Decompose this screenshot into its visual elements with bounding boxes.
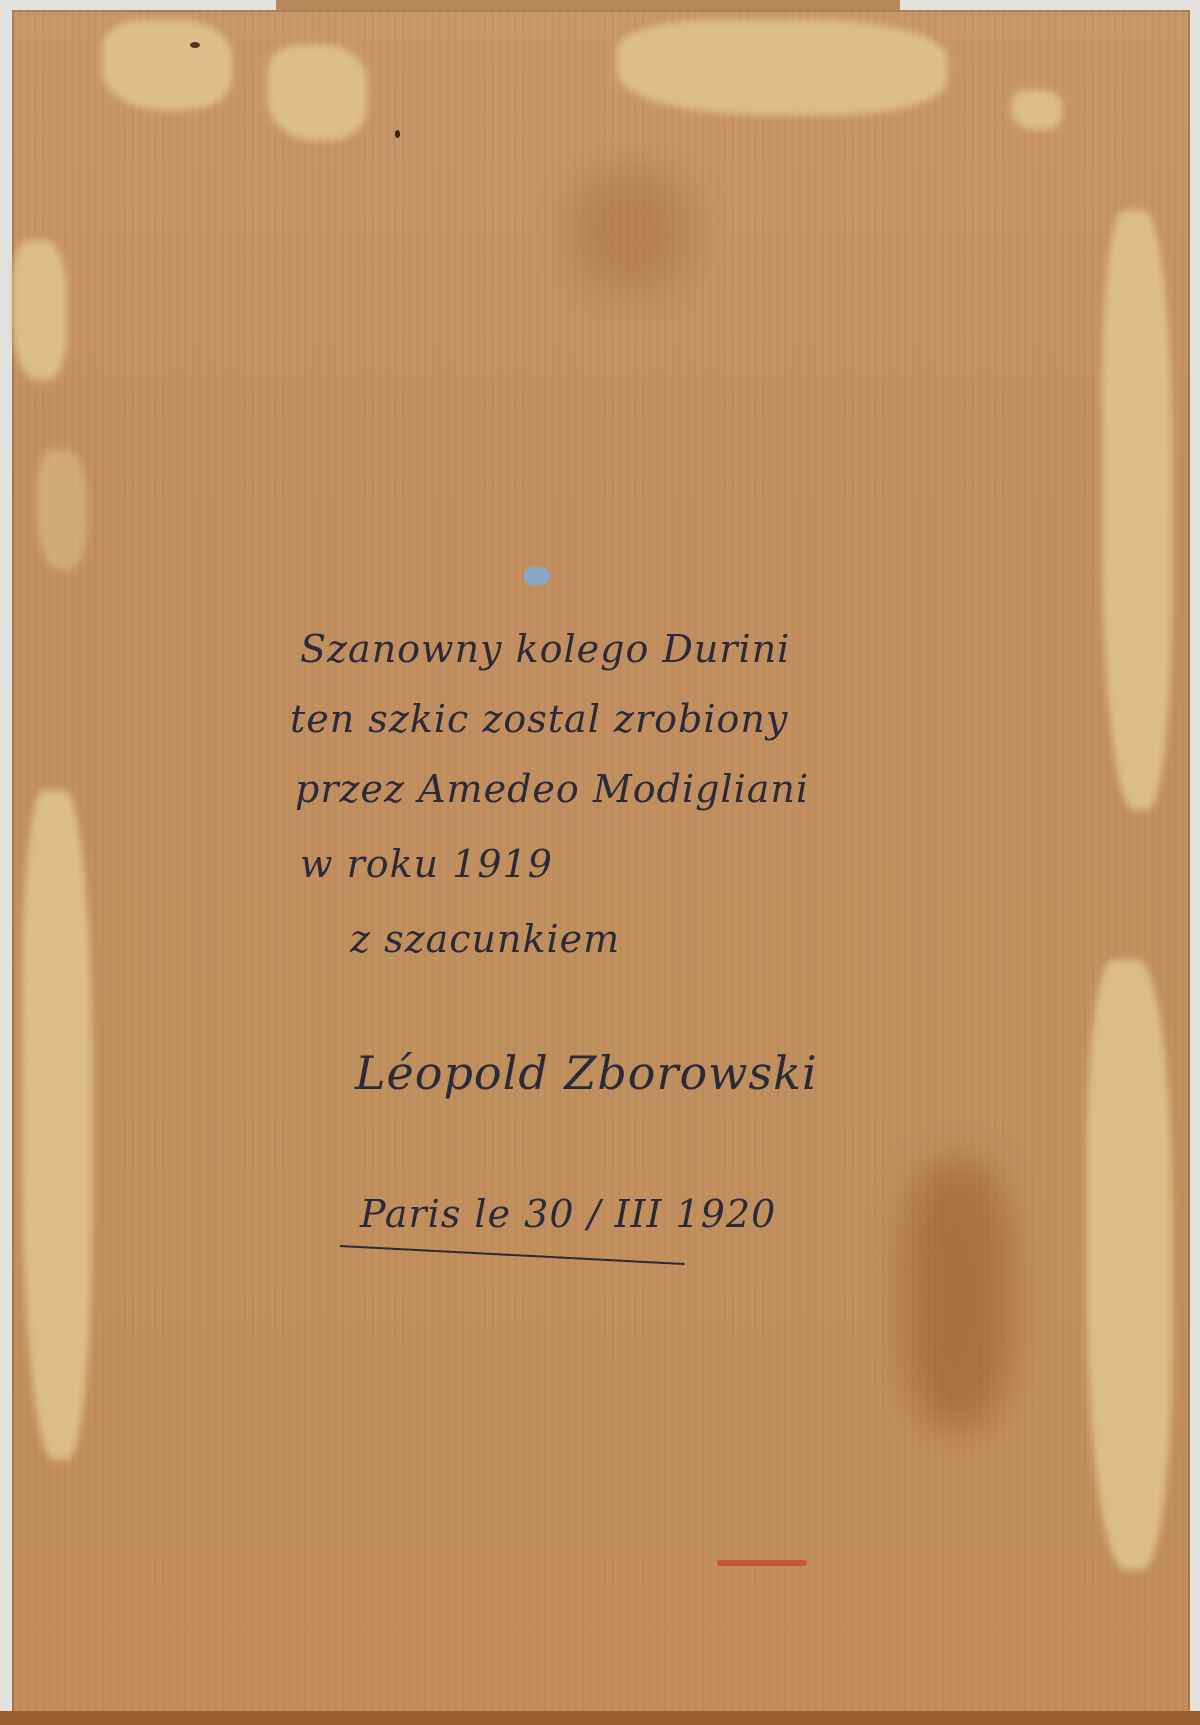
inscription-date: Paris le 30 / III 1920 [360, 1195, 776, 1233]
inscription-line: z szacunkiem [350, 920, 620, 958]
inscription-line: ten szkic zostal zrobiony [290, 700, 788, 738]
wooden-panel [12, 10, 1190, 1713]
pale-patch [37, 450, 87, 570]
pale-patch [22, 790, 92, 1460]
red-mark [717, 1560, 807, 1566]
dark-stain [572, 170, 692, 290]
pale-patch [12, 240, 67, 380]
pale-patch [102, 20, 232, 110]
pale-patch [1102, 210, 1172, 810]
dark-stain [902, 1160, 1012, 1430]
pale-patch [617, 20, 947, 115]
dark-speck [190, 42, 200, 48]
inscription-line: Szanowny kolego Durini [300, 630, 790, 668]
inscription-line: przez Amedeo Modigliani [295, 770, 809, 808]
signature: Léopold Zborowski [355, 1050, 818, 1096]
pale-patch [1012, 90, 1062, 130]
pale-patch [267, 45, 367, 140]
blue-speck [524, 566, 550, 586]
pale-patch [1087, 960, 1172, 1570]
dark-speck [395, 130, 400, 138]
inscription-line: w roku 1919 [300, 845, 553, 883]
panel-bottom-edge [0, 1711, 1200, 1725]
